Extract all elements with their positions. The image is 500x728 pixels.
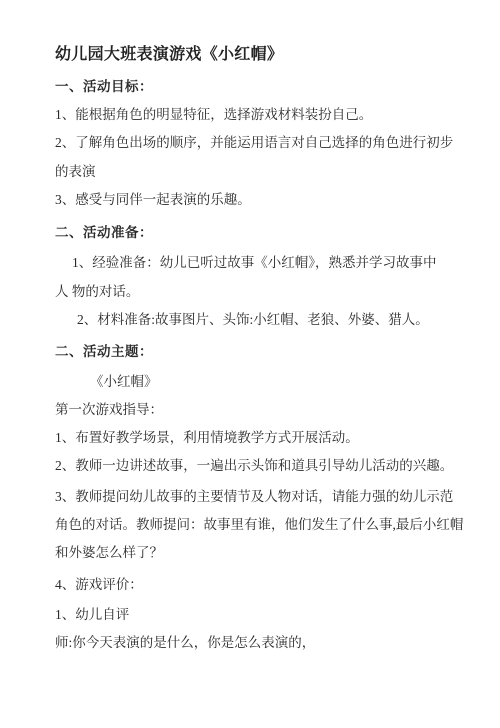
goal-item-1: 1、能根据角色的明显特征，选择游戏材料装扮自己。	[55, 107, 372, 123]
goal-item-2: 2、了解角色出场的顺序，并能运用语言对自己选择的角色进行初步	[55, 135, 453, 151]
guidance-item-1: 1、布置好教学场景，利用情境教学方式开展活动。	[55, 430, 359, 446]
preparation-item-1: 1、经验准备：幼儿已听过故事《小红帽》，熟悉并学习故事中	[72, 255, 437, 271]
preparation-item-1-continuation: 人 物的对话。	[55, 284, 139, 300]
guidance-item-3: 3、教师提问幼儿故事的主要情节及人物对话，请能力强的幼儿示范	[55, 489, 453, 505]
heading-activity-preparation: 二、活动准备：	[55, 225, 153, 241]
heading-first-game-guidance: 第一次游戏指导：	[55, 402, 163, 418]
heading-activity-theme: 二、活动主题：	[55, 344, 153, 360]
guidance-item-3-continuation: 角色的对话。教师提问：故事里有谁，他们发生了什么事,最后小红帽	[55, 517, 463, 533]
teacher-question-line: 师:你今天表演的是什么，你是怎么表演的，	[55, 635, 315, 651]
guidance-item-3-continuation-2: 和外婆怎么样了？	[55, 545, 163, 561]
evaluation-item-1: 1、幼儿自评	[55, 607, 129, 623]
heading-game-evaluation: 4、游戏评价：	[55, 577, 143, 593]
doc-title: 幼儿园大班表演游戏《小红帽》	[55, 45, 283, 64]
heading-activity-goals: 一、活动目标：	[55, 79, 153, 95]
goal-item-2-continuation: 的表演	[55, 164, 96, 180]
document-page: 幼儿园大班表演游戏《小红帽》 一、活动目标： 1、能根据角色的明显特征，选择游戏…	[0, 0, 500, 728]
theme-name: 《小红帽》	[90, 374, 158, 390]
guidance-item-2: 2、教师一边讲述故事，一遍出示头饰和道具引导幼儿活动的兴趣。	[55, 458, 453, 474]
preparation-item-2: 2、材料准备:故事图片、头饰:小红帽、老狼、外婆、猎人。	[77, 312, 429, 328]
goal-item-3: 3、感受与同伴一起表演的乐趣。	[55, 192, 251, 208]
